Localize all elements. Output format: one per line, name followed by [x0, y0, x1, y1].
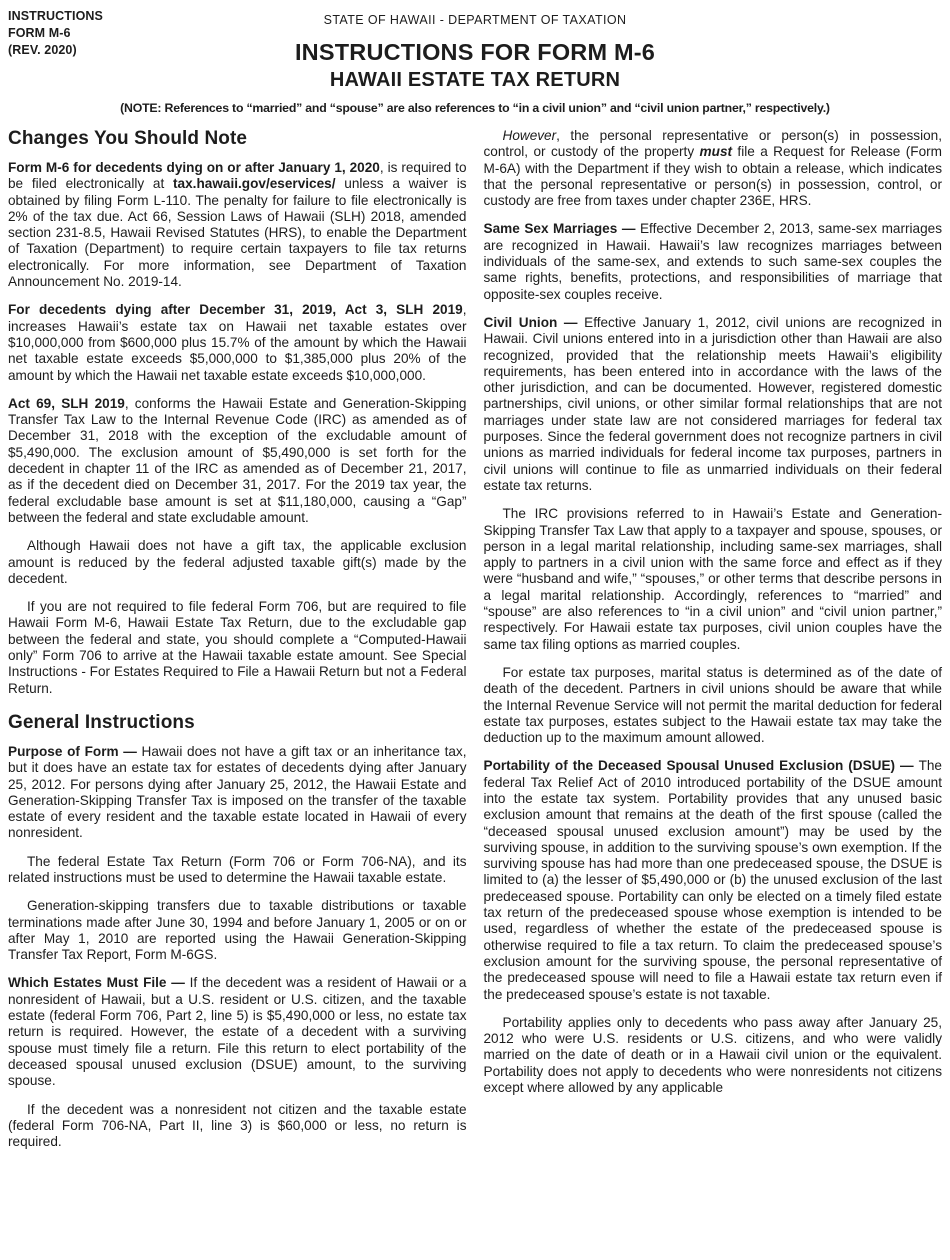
emphasized-text: Civil Union —	[484, 315, 585, 330]
agency-line: STATE OF HAWAII - DEPARTMENT OF TAXATION	[8, 6, 942, 27]
section-heading: Changes You Should Note	[8, 128, 467, 150]
form-id-line: (REV. 2020)	[8, 42, 103, 59]
page-subtitle: HAWAII ESTATE TAX RETURN	[8, 69, 942, 92]
body-text: The federal Estate Tax Return (Form 706 …	[8, 854, 467, 885]
paragraph: Civil Union — Effective January 1, 2012,…	[484, 315, 943, 494]
paragraph: Form M-6 for decedents dying on or after…	[8, 160, 467, 290]
emphasized-text: tax.hawaii.gov/eservices/	[173, 176, 335, 191]
paragraph: Purpose of Form — Hawaii does not have a…	[8, 744, 467, 842]
page-title: INSTRUCTIONS FOR FORM M-6	[8, 39, 942, 66]
two-column-body: Changes You Should NoteForm M-6 for dece…	[8, 128, 942, 1162]
body-text: If you are not required to file federal …	[8, 599, 467, 695]
emphasized-text: For decedents dying after December 31, 2…	[8, 302, 463, 317]
form-id-block: INSTRUCTIONS FORM M-6 (REV. 2020)	[8, 8, 103, 59]
body-text: Effective January 1, 2012, civil unions …	[484, 315, 943, 493]
emphasized-text: Purpose of Form —	[8, 744, 142, 759]
emphasized-text: Portability of the Deceased Spousal Unus…	[484, 758, 919, 773]
paragraph: If you are not required to file federal …	[8, 599, 467, 697]
paragraph: The federal Estate Tax Return (Form 706 …	[8, 854, 467, 887]
body-text: The IRC provisions referred to in Hawaii…	[484, 506, 943, 651]
body-text: For estate tax purposes, marital status …	[484, 665, 943, 745]
body-text: If the decedent was a resident of Hawaii…	[8, 975, 467, 1088]
section-heading: General Instructions	[8, 712, 467, 734]
body-text: Portability applies only to decedents wh…	[484, 1015, 943, 1095]
form-id-line: FORM M-6	[8, 25, 103, 42]
paragraph: Same Sex Marriages — Effective December …	[484, 221, 943, 302]
body-text: Although Hawaii does not have a gift tax…	[8, 538, 467, 586]
emphasized-text: must	[700, 144, 732, 159]
body-text: If the decedent was a nonresident not ci…	[8, 1102, 467, 1150]
form-id-line: INSTRUCTIONS	[8, 8, 103, 25]
left-column: Changes You Should NoteForm M-6 for dece…	[8, 128, 467, 1162]
paragraph: If the decedent was a nonresident not ci…	[8, 1102, 467, 1151]
right-column: However, the personal representative or …	[484, 128, 943, 1162]
paragraph: Generation-skipping transfers due to tax…	[8, 898, 467, 963]
paragraph: Although Hawaii does not have a gift tax…	[8, 538, 467, 587]
body-text: unless a waiver is obtained by filing Fo…	[8, 176, 467, 289]
header-note: (NOTE: References to “married” and “spou…	[8, 101, 942, 115]
body-text: The federal Tax Relief Act of 2010 intro…	[484, 758, 943, 1001]
emphasized-text: Form M-6 for decedents dying on or after…	[8, 160, 380, 175]
paragraph: However, the personal representative or …	[484, 128, 943, 209]
paragraph: Portability applies only to decedents wh…	[484, 1015, 943, 1096]
header-center: STATE OF HAWAII - DEPARTMENT OF TAXATION…	[8, 6, 942, 115]
paragraph: For decedents dying after December 31, 2…	[8, 302, 467, 383]
paragraph: For estate tax purposes, marital status …	[484, 665, 943, 746]
paragraph: Which Estates Must File — If the deceden…	[8, 975, 467, 1089]
body-text: , conforms the Hawaii Estate and Generat…	[8, 396, 467, 525]
body-text: Generation-skipping transfers due to tax…	[8, 898, 467, 962]
paragraph: The IRC provisions referred to in Hawaii…	[484, 506, 943, 653]
document-header: INSTRUCTIONS FORM M-6 (REV. 2020) STATE …	[8, 6, 942, 115]
emphasized-text: Act 69, SLH 2019	[8, 396, 125, 411]
paragraph: Act 69, SLH 2019, conforms the Hawaii Es…	[8, 396, 467, 526]
emphasized-text: Which Estates Must File —	[8, 975, 190, 990]
emphasized-text: Same Sex Marriages —	[484, 221, 640, 236]
paragraph: Portability of the Deceased Spousal Unus…	[484, 758, 943, 1002]
document-page: INSTRUCTIONS FORM M-6 (REV. 2020) STATE …	[0, 0, 950, 1260]
emphasized-text: However	[503, 128, 557, 143]
